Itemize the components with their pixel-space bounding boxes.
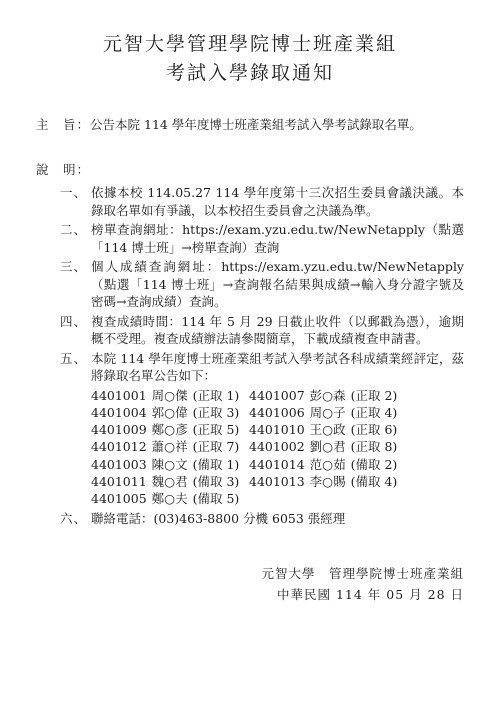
item-number: 一、 (60, 184, 91, 202)
item-text: 依據本校 114.05.27 114 學年度第十三次招生委員會議決議。本錄取名單… (91, 184, 464, 219)
title-line-1: 元智大學管理學院博士班產業組 (36, 30, 464, 59)
admission-entry: 4401013李○賜(備取 4) (249, 473, 397, 490)
entry-id: 4401001 (91, 388, 147, 403)
admission-list: 4401001周○傑(正取 1) 4401007彭○森(正取 2) 440100… (91, 387, 464, 508)
entry-id: 4401004 (91, 405, 147, 420)
entry-name: 鄭○彥 (152, 422, 188, 437)
entry-id: 4401003 (91, 457, 147, 472)
list-item-2: 二、 榜單查詢網址：https://exam.yzu.edu.tw/NewNet… (36, 221, 464, 256)
entry-rank: (備取 4) (351, 474, 398, 489)
item-number: 四、 (60, 313, 91, 331)
admission-entry: 4401012蕭○祥(正取 7) (91, 438, 249, 455)
admission-entry: 4401014范○茹(備取 2) (249, 456, 397, 473)
admission-entry: 4401004郭○偉(正取 3) (91, 404, 249, 421)
entry-name: 陳○文 (152, 457, 188, 472)
entry-name: 鄭○夫 (152, 491, 188, 506)
entry-name: 李○賜 (310, 474, 346, 489)
entry-name: 王○政 (310, 422, 346, 437)
explanation-label: 說 明： (36, 162, 90, 177)
entry-name: 范○茹 (310, 457, 346, 472)
entry-id: 4401006 (249, 405, 305, 420)
list-item-3: 三、 個人成績查詢網址：https://exam.yzu.edu.tw/NewN… (36, 258, 464, 311)
item-text: 個人成績查詢網址：https://exam.yzu.edu.tw/NewNeta… (91, 258, 464, 311)
entry-rank: (正取 5) (193, 422, 240, 437)
entry-id: 4401011 (91, 474, 147, 489)
item-number: 三、 (60, 258, 91, 276)
signature-organization: 元智大學 管理學院博士班產業組 (36, 563, 464, 584)
entry-name: 郭○偉 (152, 405, 188, 420)
entry-name: 魏○君 (152, 474, 188, 489)
item-text: 聯絡電話：(03)463-8800 分機 6053 張經理 (91, 510, 464, 528)
entry-id: 4401005 (91, 491, 147, 506)
item-number: 五、 (60, 350, 91, 368)
entry-id: 4401002 (249, 439, 305, 454)
entry-rank: (正取 2) (351, 388, 398, 403)
notice-document: 元智大學管理學院博士班產業組 考試入學錄取通知 主 旨：公告本院 114 學年度… (0, 0, 500, 707)
entry-id: 4401013 (249, 474, 305, 489)
item-number: 二、 (60, 221, 91, 239)
entry-rank: (正取 6) (351, 422, 398, 437)
entry-name: 周○傑 (152, 388, 188, 403)
entry-rank: (正取 7) (193, 439, 240, 454)
entry-rank: (正取 1) (193, 388, 240, 403)
list-item-4: 四、 複查成績時間：114 年 5 月 29 日截止收件（以郵戳為憑），逾期概不… (36, 313, 464, 348)
entry-rank: (備取 5) (193, 491, 240, 506)
item-text: 本院 114 學年度博士班產業組考試入學考試各科成績業經評定，茲將錄取名單公告如… (91, 350, 464, 385)
entry-rank: (正取 3) (193, 405, 240, 420)
entry-id: 4401009 (91, 422, 147, 437)
subject-text: 公告本院 114 學年度博士班產業組考試入學考試錄取名單。 (90, 117, 422, 132)
entry-name: 彭○森 (310, 388, 346, 403)
entry-name: 蕭○祥 (152, 439, 188, 454)
admission-entry: 4401005鄭○夫(備取 5) (91, 490, 249, 507)
entry-name: 劉○君 (310, 439, 346, 454)
entry-rank: (正取 8) (351, 439, 398, 454)
subject-label: 主 旨： (36, 117, 90, 132)
title-line-2: 考試入學錄取通知 (36, 59, 464, 88)
document-title: 元智大學管理學院博士班產業組 考試入學錄取通知 (36, 30, 464, 88)
list-item-1: 一、 依據本校 114.05.27 114 學年度第十三次招生委員會議決議。本錄… (36, 184, 464, 219)
explanation-heading: 說 明： (36, 161, 464, 179)
signature-block: 元智大學 管理學院博士班產業組 中華民國 114 年 05 月 28 日 (36, 563, 464, 605)
entry-rank: (備取 3) (193, 474, 240, 489)
entry-id: 4401007 (249, 388, 305, 403)
entry-name: 周○子 (310, 405, 346, 420)
admission-entry: 4401006周○子(正取 4) (249, 404, 397, 421)
subject-line: 主 旨：公告本院 114 學年度博士班產業組考試入學考試錄取名單。 (36, 116, 464, 134)
admission-entry: 4401009鄭○彥(正取 5) (91, 421, 249, 438)
admission-entry: 4401002劉○君(正取 8) (249, 438, 397, 455)
admission-entry: 4401010王○政(正取 6) (249, 421, 397, 438)
admission-entry: 4401003陳○文(備取 1) (91, 456, 249, 473)
entry-id: 4401012 (91, 439, 147, 454)
admission-entry: 4401001周○傑(正取 1) (91, 387, 249, 404)
item-text: 複查成績時間：114 年 5 月 29 日截止收件（以郵戳為憑），逾期概不受理。… (91, 313, 464, 348)
signature-date: 中華民國 114 年 05 月 28 日 (36, 584, 464, 605)
admission-entry: 4401007彭○森(正取 2) (249, 387, 397, 404)
list-item-6: 六、 聯絡電話：(03)463-8800 分機 6053 張經理 (36, 510, 464, 528)
list-item-5: 五、 本院 114 學年度博士班產業組考試入學考試各科成績業經評定，茲將錄取名單… (36, 350, 464, 385)
item-text: 榜單查詢網址：https://exam.yzu.edu.tw/NewNetapp… (91, 221, 464, 256)
entry-rank: (備取 2) (351, 457, 398, 472)
item-number: 六、 (60, 510, 91, 528)
entry-id: 4401014 (249, 457, 305, 472)
entry-rank: (備取 1) (193, 457, 240, 472)
entry-id: 4401010 (249, 422, 305, 437)
admission-entry: 4401011魏○君(備取 3) (91, 473, 249, 490)
entry-rank: (正取 4) (351, 405, 398, 420)
